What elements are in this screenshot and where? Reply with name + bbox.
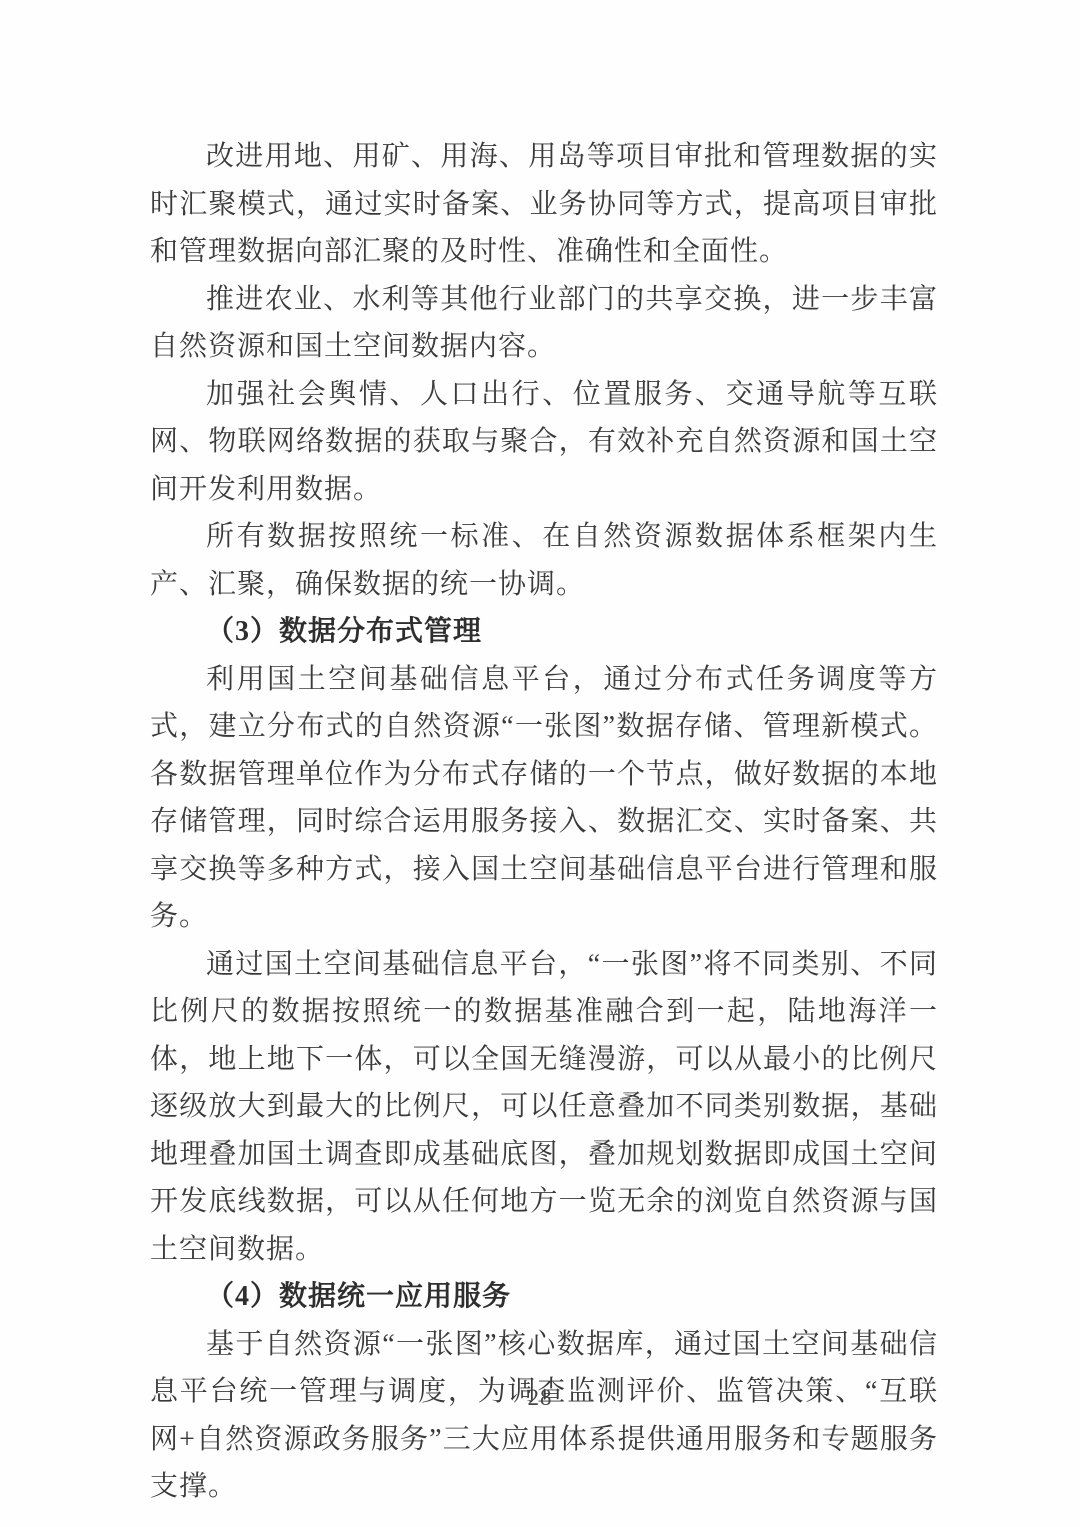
document-page: 改进用地、用矿、用海、用岛等项目审批和管理数据的实时汇聚模式，通过实时备案、业务… xyxy=(0,0,1080,1527)
paragraph-6: 通过国土空间基础信息平台，“一张图”将不同类别、不同比例尺的数据按照统一的数据基… xyxy=(150,941,938,1274)
page-number: 28 xyxy=(0,1385,1080,1411)
paragraph-2: 推进农业、水利等其他行业部门的共享交换，进一步丰富自然资源和国土空间数据内容。 xyxy=(150,276,938,371)
paragraph-1: 改进用地、用矿、用海、用岛等项目审批和管理数据的实时汇聚模式，通过实时备案、业务… xyxy=(150,133,938,276)
document-text-block: 改进用地、用矿、用海、用岛等项目审批和管理数据的实时汇聚模式，通过实时备案、业务… xyxy=(150,133,938,1511)
section-heading-4: （4）数据统一应用服务 xyxy=(150,1273,938,1321)
paragraph-7: 基于自然资源“一张图”核心数据库，通过国土空间基础信息平台统一管理与调度，为调查… xyxy=(150,1321,938,1511)
paragraph-3: 加强社会舆情、人口出行、位置服务、交通导航等互联网、物联网络数据的获取与聚合，有… xyxy=(150,371,938,514)
paragraph-4: 所有数据按照统一标准、在自然资源数据体系框架内生产、汇聚，确保数据的统一协调。 xyxy=(150,513,938,608)
paragraph-5: 利用国土空间基础信息平台，通过分布式任务调度等方式，建立分布式的自然资源“一张图… xyxy=(150,656,938,941)
section-heading-3: （3）数据分布式管理 xyxy=(150,608,938,656)
